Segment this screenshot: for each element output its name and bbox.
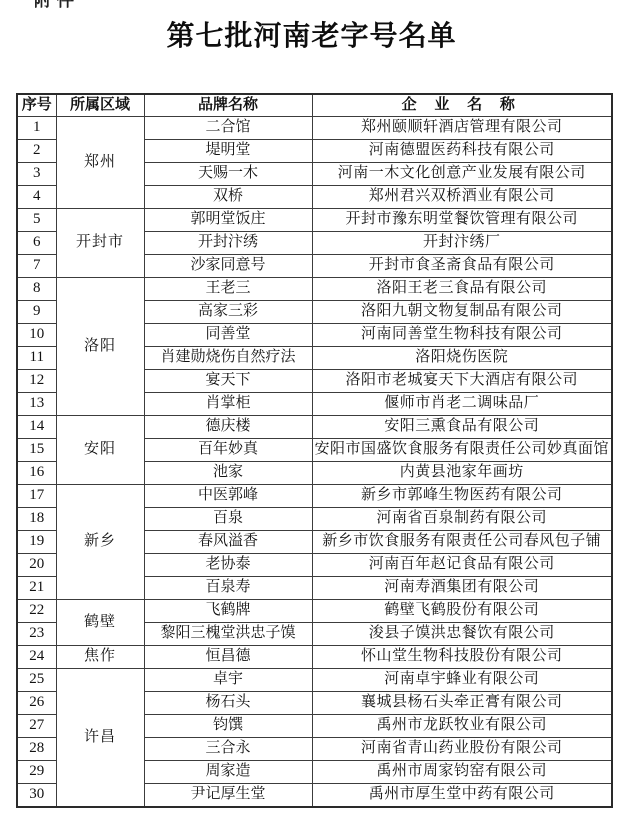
region-cell: 安阳 bbox=[56, 416, 144, 485]
row-number-cell: 30 bbox=[17, 784, 56, 808]
brand-cell: 周家造 bbox=[144, 761, 312, 784]
region-cell: 鹤壁 bbox=[56, 600, 144, 646]
company-cell: 河南卓宇蜂业有限公司 bbox=[312, 669, 612, 692]
brand-cell: 天赐一木 bbox=[144, 163, 312, 186]
header-no: 序号 bbox=[17, 94, 56, 117]
brand-cell: 同善堂 bbox=[144, 324, 312, 347]
row-number-cell: 7 bbox=[17, 255, 56, 278]
attachment-label: 附件 bbox=[34, 0, 80, 11]
region-cell: 洛阳 bbox=[56, 278, 144, 416]
brand-cell: 黎阳三槐堂洪忠子馍 bbox=[144, 623, 312, 646]
row-number-cell: 18 bbox=[17, 508, 56, 531]
brand-cell: 开封汴绣 bbox=[144, 232, 312, 255]
company-cell: 安阳市国盛饮食服务有限责任公司妙真面馆 bbox=[312, 439, 612, 462]
company-cell: 新乡市郭峰生物医药有限公司 bbox=[312, 485, 612, 508]
table-row: 17新乡中医郭峰新乡市郭峰生物医药有限公司 bbox=[17, 485, 612, 508]
brand-cell: 双桥 bbox=[144, 186, 312, 209]
brand-cell: 百泉寿 bbox=[144, 577, 312, 600]
region-cell: 新乡 bbox=[56, 485, 144, 600]
company-cell: 河南省青山药业股份有限公司 bbox=[312, 738, 612, 761]
row-number-cell: 1 bbox=[17, 117, 56, 140]
row-number-cell: 6 bbox=[17, 232, 56, 255]
brand-cell: 卓宇 bbox=[144, 669, 312, 692]
table-row: 8洛阳王老三洛阳王老三食品有限公司 bbox=[17, 278, 612, 301]
page-title: 第七批河南老字号名单 bbox=[0, 14, 623, 54]
brand-cell: 尹记厚生堂 bbox=[144, 784, 312, 808]
brand-cell: 二合馆 bbox=[144, 117, 312, 140]
row-number-cell: 10 bbox=[17, 324, 56, 347]
company-cell: 河南一木文化创意产业发展有限公司 bbox=[312, 163, 612, 186]
company-cell: 鹤壁飞鹤股份有限公司 bbox=[312, 600, 612, 623]
company-cell: 洛阳九朝文物复制品有限公司 bbox=[312, 301, 612, 324]
brand-cell: 高家三彩 bbox=[144, 301, 312, 324]
brand-cell: 老协泰 bbox=[144, 554, 312, 577]
row-number-cell: 11 bbox=[17, 347, 56, 370]
table-row: 1郑州二合馆郑州颐顺轩酒店管理有限公司 bbox=[17, 117, 612, 140]
brand-cell: 春风溢香 bbox=[144, 531, 312, 554]
row-number-cell: 27 bbox=[17, 715, 56, 738]
brand-cell: 百年妙真 bbox=[144, 439, 312, 462]
row-number-cell: 28 bbox=[17, 738, 56, 761]
company-cell: 怀山堂生物科技股份有限公司 bbox=[312, 646, 612, 669]
brand-list-table: 序号 所属区域 品牌名称 企 业 名 称 1郑州二合馆郑州颐顺轩酒店管理有限公司… bbox=[16, 93, 613, 808]
table-row: 22鹤壁飞鹤牌鹤壁飞鹤股份有限公司 bbox=[17, 600, 612, 623]
brand-cell: 堤明堂 bbox=[144, 140, 312, 163]
row-number-cell: 5 bbox=[17, 209, 56, 232]
brand-cell: 宴天下 bbox=[144, 370, 312, 393]
company-cell: 襄城县杨石头牵正膏有限公司 bbox=[312, 692, 612, 715]
row-number-cell: 13 bbox=[17, 393, 56, 416]
brand-cell: 郭明堂饭庄 bbox=[144, 209, 312, 232]
table-row: 24焦作恒昌德怀山堂生物科技股份有限公司 bbox=[17, 646, 612, 669]
row-number-cell: 2 bbox=[17, 140, 56, 163]
row-number-cell: 22 bbox=[17, 600, 56, 623]
row-number-cell: 29 bbox=[17, 761, 56, 784]
company-cell: 内黄县池家年画坊 bbox=[312, 462, 612, 485]
row-number-cell: 8 bbox=[17, 278, 56, 301]
row-number-cell: 24 bbox=[17, 646, 56, 669]
company-cell: 河南德盟医药科技有限公司 bbox=[312, 140, 612, 163]
company-cell: 浚县子馍洪忠餐饮有限公司 bbox=[312, 623, 612, 646]
company-cell: 禹州市周家钧窑有限公司 bbox=[312, 761, 612, 784]
region-cell: 许昌 bbox=[56, 669, 144, 808]
brand-cell: 杨石头 bbox=[144, 692, 312, 715]
brand-cell: 肖掌柜 bbox=[144, 393, 312, 416]
company-cell: 开封市豫东明堂餐饮管理有限公司 bbox=[312, 209, 612, 232]
table-row: 14安阳德庆楼安阳三熏食品有限公司 bbox=[17, 416, 612, 439]
brand-cell: 中医郭峰 bbox=[144, 485, 312, 508]
brand-cell: 肖建勋烧伤自然疗法 bbox=[144, 347, 312, 370]
row-number-cell: 17 bbox=[17, 485, 56, 508]
company-cell: 开封汴绣厂 bbox=[312, 232, 612, 255]
row-number-cell: 9 bbox=[17, 301, 56, 324]
company-cell: 洛阳王老三食品有限公司 bbox=[312, 278, 612, 301]
brand-cell: 德庆楼 bbox=[144, 416, 312, 439]
company-cell: 禹州市厚生堂中药有限公司 bbox=[312, 784, 612, 808]
brand-cell: 飞鹤牌 bbox=[144, 600, 312, 623]
brand-cell: 钧馔 bbox=[144, 715, 312, 738]
header-region: 所属区域 bbox=[56, 94, 144, 117]
table-row: 25许昌卓宇河南卓宇蜂业有限公司 bbox=[17, 669, 612, 692]
brand-cell: 百泉 bbox=[144, 508, 312, 531]
header-company: 企 业 名 称 bbox=[312, 94, 612, 117]
company-cell: 河南省百泉制药有限公司 bbox=[312, 508, 612, 531]
company-cell: 河南寿酒集团有限公司 bbox=[312, 577, 612, 600]
region-cell: 焦作 bbox=[56, 646, 144, 669]
brand-cell: 三合永 bbox=[144, 738, 312, 761]
row-number-cell: 23 bbox=[17, 623, 56, 646]
header-brand: 品牌名称 bbox=[144, 94, 312, 117]
company-cell: 洛阳烧伤医院 bbox=[312, 347, 612, 370]
company-cell: 禹州市龙跃牧业有限公司 bbox=[312, 715, 612, 738]
company-cell: 郑州颐顺轩酒店管理有限公司 bbox=[312, 117, 612, 140]
region-cell: 郑州 bbox=[56, 117, 144, 209]
row-number-cell: 19 bbox=[17, 531, 56, 554]
company-cell: 偃师市肖老二调味品厂 bbox=[312, 393, 612, 416]
row-number-cell: 16 bbox=[17, 462, 56, 485]
brand-cell: 王老三 bbox=[144, 278, 312, 301]
row-number-cell: 15 bbox=[17, 439, 56, 462]
company-cell: 洛阳市老城宴天下大酒店有限公司 bbox=[312, 370, 612, 393]
company-cell: 开封市食圣斋食品有限公司 bbox=[312, 255, 612, 278]
company-cell: 河南同善堂生物科技有限公司 bbox=[312, 324, 612, 347]
table-row: 5开封市郭明堂饭庄开封市豫东明堂餐饮管理有限公司 bbox=[17, 209, 612, 232]
company-cell: 安阳三熏食品有限公司 bbox=[312, 416, 612, 439]
row-number-cell: 14 bbox=[17, 416, 56, 439]
brand-cell: 恒昌德 bbox=[144, 646, 312, 669]
company-cell: 河南百年赵记食品有限公司 bbox=[312, 554, 612, 577]
brand-cell: 沙家同意号 bbox=[144, 255, 312, 278]
row-number-cell: 12 bbox=[17, 370, 56, 393]
brand-cell: 池家 bbox=[144, 462, 312, 485]
row-number-cell: 26 bbox=[17, 692, 56, 715]
row-number-cell: 4 bbox=[17, 186, 56, 209]
table-body: 1郑州二合馆郑州颐顺轩酒店管理有限公司2堤明堂河南德盟医药科技有限公司3天赐一木… bbox=[17, 117, 612, 808]
company-cell: 郑州君兴双桥酒业有限公司 bbox=[312, 186, 612, 209]
row-number-cell: 21 bbox=[17, 577, 56, 600]
table-header-row: 序号 所属区域 品牌名称 企 业 名 称 bbox=[17, 94, 612, 117]
company-cell: 新乡市饮食服务有限责任公司春风包子铺 bbox=[312, 531, 612, 554]
row-number-cell: 25 bbox=[17, 669, 56, 692]
row-number-cell: 20 bbox=[17, 554, 56, 577]
row-number-cell: 3 bbox=[17, 163, 56, 186]
region-cell: 开封市 bbox=[56, 209, 144, 278]
